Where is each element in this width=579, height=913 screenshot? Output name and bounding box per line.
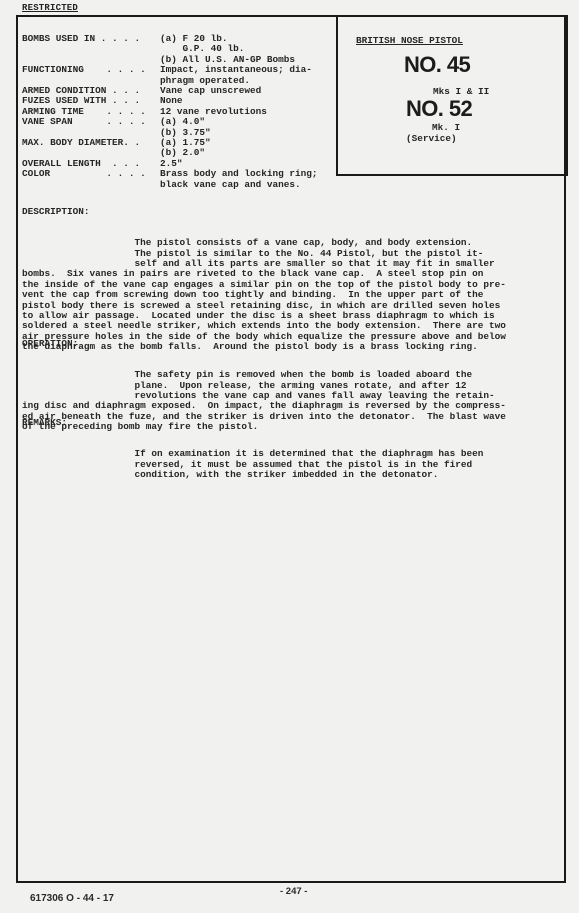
remarks-section: REMARKS: If on examination it is determi… <box>22 418 552 491</box>
remarks-text: If on examination it is determined that … <box>22 449 552 480</box>
spec-label: FUNCTIONING . . . . <box>22 65 160 75</box>
pistol-number-52: NO. 52 <box>406 98 472 120</box>
description-label: DESCRIPTION: <box>22 207 90 217</box>
marks-52: Mk. I <box>432 123 460 133</box>
spec-label: COLOR . . . . <box>22 169 160 179</box>
specifications-list: BOMBS USED IN . . . .(a) F 20 lb. G.P. 4… <box>22 34 318 190</box>
operation-label: OPERATION: <box>22 339 78 349</box>
page-number: - 247 - <box>280 886 307 897</box>
print-code: 617306 O - 44 - 17 <box>30 893 114 904</box>
spec-label: BOMBS USED IN . . . . <box>22 34 160 44</box>
service-status: (Service) <box>406 134 457 144</box>
spec-value: black vane cap and vanes. <box>160 180 301 190</box>
spec-label: MAX. BODY DIAMETER. . <box>22 138 160 148</box>
classification-marking: RESTRICTED <box>22 3 78 13</box>
spec-label <box>22 44 160 54</box>
remarks-label: REMARKS: <box>22 418 67 428</box>
spec-row: black vane cap and vanes. <box>22 180 318 190</box>
spec-label <box>22 180 160 190</box>
pistol-number-45: NO. 45 <box>404 54 470 76</box>
description-text: The pistol consists of a vane cap, body,… <box>22 238 552 352</box>
spec-label: VANE SPAN . . . . <box>22 117 160 127</box>
title-box-heading: BRITISH NOSE PISTOL <box>356 36 463 46</box>
